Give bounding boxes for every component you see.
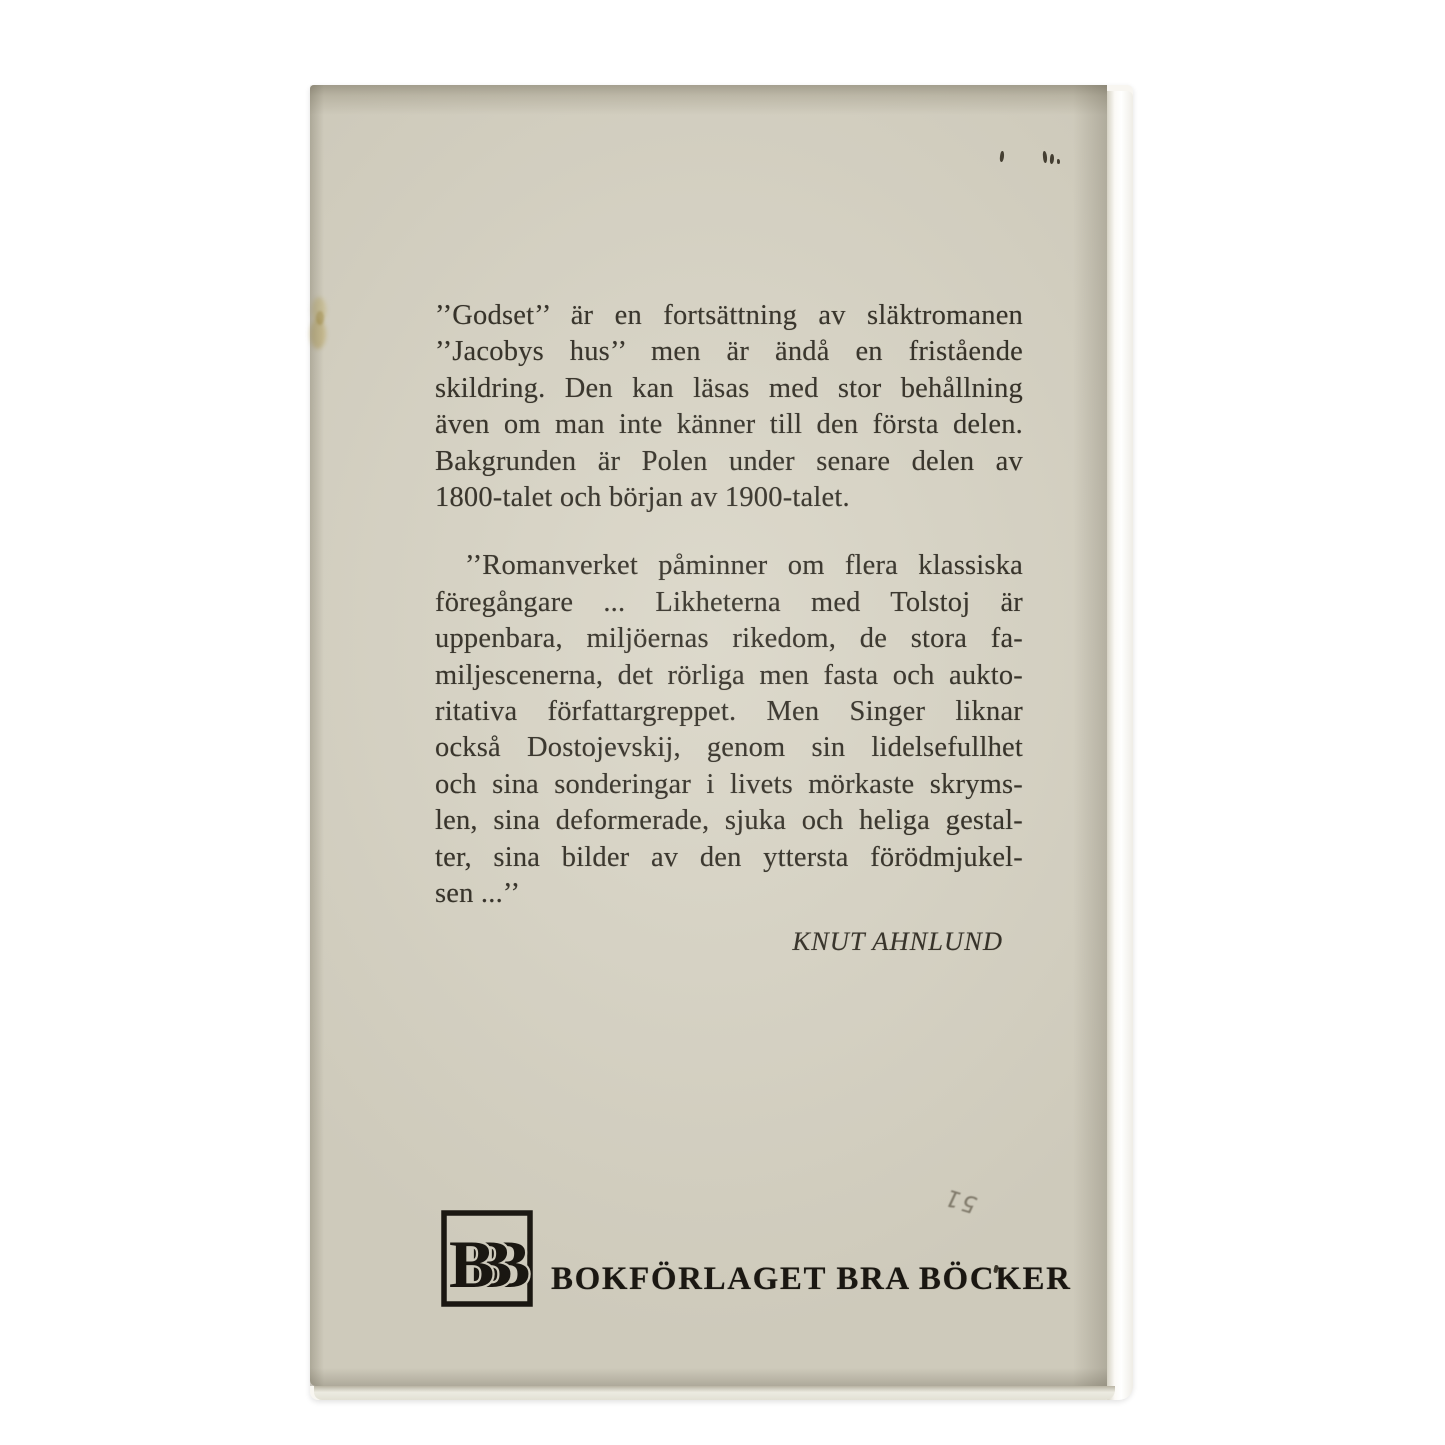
blurb-line: ’’Jacobys hus’’ men är ändå en friståend… xyxy=(435,334,1023,370)
blurb-line: skildring. Den kan läsas med stor behåll… xyxy=(435,371,1023,407)
publisher-name: BOKFÖRLAGET BRA BÖCKER xyxy=(551,1261,1021,1298)
ink-speck xyxy=(999,151,1004,162)
blurb-line: ’’Godset’’ är en fortsättning av släktro… xyxy=(435,298,1023,334)
blurb-line: miljescenerna, det rörliga men fasta och… xyxy=(435,658,1023,694)
logo-letter: B xyxy=(449,1226,494,1302)
blurb-line: även om man inte känner till den första … xyxy=(435,407,1023,443)
book-back-cover: ’’Godset’’ är en fortsättning av släktro… xyxy=(310,85,1133,1400)
ink-speck xyxy=(1043,151,1048,163)
bottom-edge-shadow xyxy=(310,1368,1107,1386)
publisher-logo: B B B xyxy=(441,1210,533,1307)
reviewer-attribution: KNUT AHNLUND xyxy=(435,923,1023,959)
blurb-paragraph-2: ’’Romanverket påminner om flera klassisk… xyxy=(435,548,1023,912)
blurb-line: ritativa författargreppet. Men Singer li… xyxy=(435,694,1023,730)
blurb-paragraph-1: ’’Godset’’ är en fortsättning av släktro… xyxy=(435,298,1023,516)
bbb-logo-graphic: B B B xyxy=(441,1210,533,1307)
blurb-line: sen ...’’ xyxy=(435,876,1023,912)
edge-stain xyxy=(310,297,330,359)
back-cover-blurb: ’’Godset’’ är en fortsättning av släktro… xyxy=(435,298,1023,959)
bottom-page-edge xyxy=(314,1386,1115,1400)
blurb-line: också Dostojevskij, genom sin lidelseful… xyxy=(435,730,1023,766)
blurb-line: och sina sonderingar i livets mörkaste s… xyxy=(435,767,1023,803)
blurb-line: föregångare ... Likheterna med Tolstoj ä… xyxy=(435,585,1023,621)
blurb-line: ter, sina bilder av den yttersta förödmj… xyxy=(435,840,1023,876)
page-block-edge xyxy=(1107,91,1133,1400)
dust-jacket: ’’Godset’’ är en fortsättning av släktro… xyxy=(310,85,1107,1386)
top-edge-shadow xyxy=(310,85,1107,115)
blurb-line: Bakgrunden är Polen under senare delen a… xyxy=(435,444,1023,480)
right-fold-shadow xyxy=(1073,85,1107,1386)
blurb-line: uppenbara, miljöernas rikedom, de stora … xyxy=(435,621,1023,657)
ink-speck xyxy=(1049,154,1054,164)
ink-speck xyxy=(1057,159,1060,164)
left-edge-shadow xyxy=(310,85,324,1386)
blurb-line: ’’Romanverket påminner om flera klassisk… xyxy=(435,548,1023,584)
pencil-mark: 51 xyxy=(939,1183,982,1217)
blurb-line: 1800-talet och början av 1900-talet. xyxy=(435,480,1023,516)
blurb-line: len, sina deformerade, sjuka och heliga … xyxy=(435,803,1023,839)
